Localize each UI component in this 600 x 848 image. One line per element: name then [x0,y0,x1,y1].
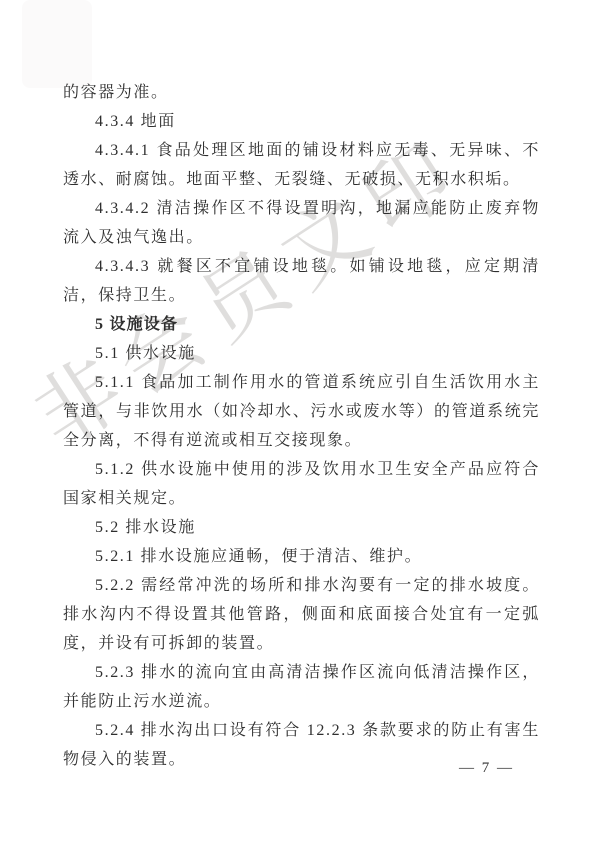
clause-5-1-2: 5.1.2 供水设施中使用的涉及饮用水卫生安全产品应符合国家相关规定。 [63,455,540,513]
scan-artifact [22,0,92,88]
clause-4-3-4-1: 4.3.4.1 食品处理区地面的铺设材料应无毒、无异味、不透水、耐腐蚀。地面平整… [63,136,540,194]
clause-5-2-3: 5.2.3 排水的流向宜由高清洁操作区流向低清洁操作区，并能防止污水逆流。 [63,658,540,716]
section-heading-5: 5 设施设备 [63,310,540,339]
clause-5-2: 5.2 排水设施 [63,513,540,542]
clause-4-3-4: 4.3.4 地面 [63,107,540,136]
page-number: — 7 — [459,760,514,777]
document-body: 的容器为准。 4.3.4 地面 4.3.4.1 食品处理区地面的铺设材料应无毒、… [63,78,540,774]
clause-4-3-4-3: 4.3.4.3 就餐区不宜铺设地毯。如铺设地毯，应定期清洁，保持卫生。 [63,252,540,310]
clause-5-1-1: 5.1.1 食品加工制作用水的管道系统应引自生活饮用水主管道，与非饮用水（如冷却… [63,368,540,455]
clause-5-2-1: 5.2.1 排水设施应通畅，便于清洁、维护。 [63,542,540,571]
clause-4-3-4-2: 4.3.4.2 清洁操作区不得设置明沟，地漏应能防止废弃物流入及浊气逸出。 [63,194,540,252]
clause-5-2-2: 5.2.2 需经常冲洗的场所和排水沟要有一定的排水坡度。排水沟内不得设置其他管路… [63,571,540,658]
document-page: 非会员文印 的容器为准。 4.3.4 地面 4.3.4.1 食品处理区地面的铺设… [0,0,600,848]
clause-5-1: 5.1 供水设施 [63,339,540,368]
paragraph-continuation: 的容器为准。 [63,78,540,107]
